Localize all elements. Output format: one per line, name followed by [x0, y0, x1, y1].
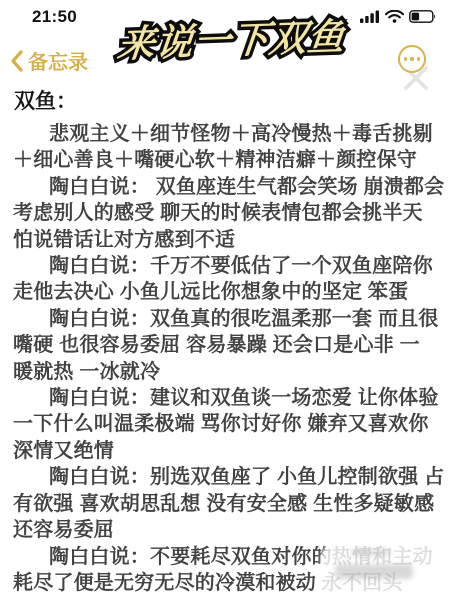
- note-line: 走他去决心 小鱼儿远比你想象中的坚定 笨蛋: [0, 279, 449, 305]
- chevron-left-icon: [10, 50, 23, 72]
- note-line: 一下什么叫温柔极端 骂你讨好你 嫌弃又喜欢你: [0, 411, 449, 437]
- battery-icon: [409, 10, 437, 23]
- more-button[interactable]: [398, 45, 426, 73]
- note-line: 嘴硬 也很容易委屈 容易暴躁 还会口是心非 一: [0, 332, 449, 358]
- note-line: 陶白白说：建议和双鱼谈一场恋爱 让你体验: [0, 385, 449, 411]
- back-button[interactable]: 备忘录: [10, 46, 88, 75]
- note-line: 陶白白说：千万不要低估了一个双鱼座陪你: [0, 253, 449, 279]
- watermark-remnant: [351, 548, 391, 557]
- note-line: ＋细心善良＋嘴硬心软＋精神洁癖＋颜控保守: [0, 147, 449, 173]
- note-line: 深情又绝情: [0, 438, 449, 464]
- watermark-smudge: [321, 542, 449, 600]
- note-editor[interactable]: 双鱼： 悲观主义＋细节怪物＋高冷慢热＋毒舌挑剔 ＋细心善良＋嘴硬心软＋精神洁癖＋…: [0, 86, 449, 596]
- note-title-sticker: 来说一下双鱼 来说一下双鱼: [105, 6, 359, 69]
- wifi-icon: [385, 10, 404, 23]
- status-icons: [360, 10, 437, 23]
- note-line: 悲观主义＋细节怪物＋高冷慢热＋毒舌挑剔: [0, 121, 449, 147]
- note-line: 还容易委屈: [0, 517, 449, 543]
- note-heading: 双鱼：: [0, 86, 449, 117]
- note-line: 有欲强 喜欢胡思乱想 没有安全感 生性多疑敏感: [0, 491, 449, 517]
- ellipsis-dot: [417, 57, 421, 61]
- note-line: 陶白白说： 双鱼座连生气都会笑场 崩溃都会: [0, 174, 449, 200]
- status-time: 21:50: [32, 7, 77, 27]
- note-line: 暖就热 一冰就冷: [0, 359, 449, 385]
- note-line: 陶白白说：别选双鱼座了 小鱼儿控制欲强 占: [0, 464, 449, 490]
- note-line: 考虑别人的感受 聊天的时候表情包都会挑半天: [0, 200, 449, 226]
- ellipsis-dot: [404, 57, 408, 61]
- watermark-remnant: [335, 564, 413, 579]
- note-line: 陶白白说：双鱼真的很吃温柔那一套 而且很: [0, 306, 449, 332]
- ellipsis-dot: [410, 57, 414, 61]
- notes-screen: 21:50 来说一下双鱼 来说一下双鱼: [0, 0, 449, 600]
- note-line: 怕说错话让对方感到不适: [0, 227, 449, 253]
- cellular-signal-icon: [360, 10, 380, 23]
- back-label: 备忘录: [28, 46, 88, 75]
- note-title: 来说一下双鱼: [103, 5, 361, 68]
